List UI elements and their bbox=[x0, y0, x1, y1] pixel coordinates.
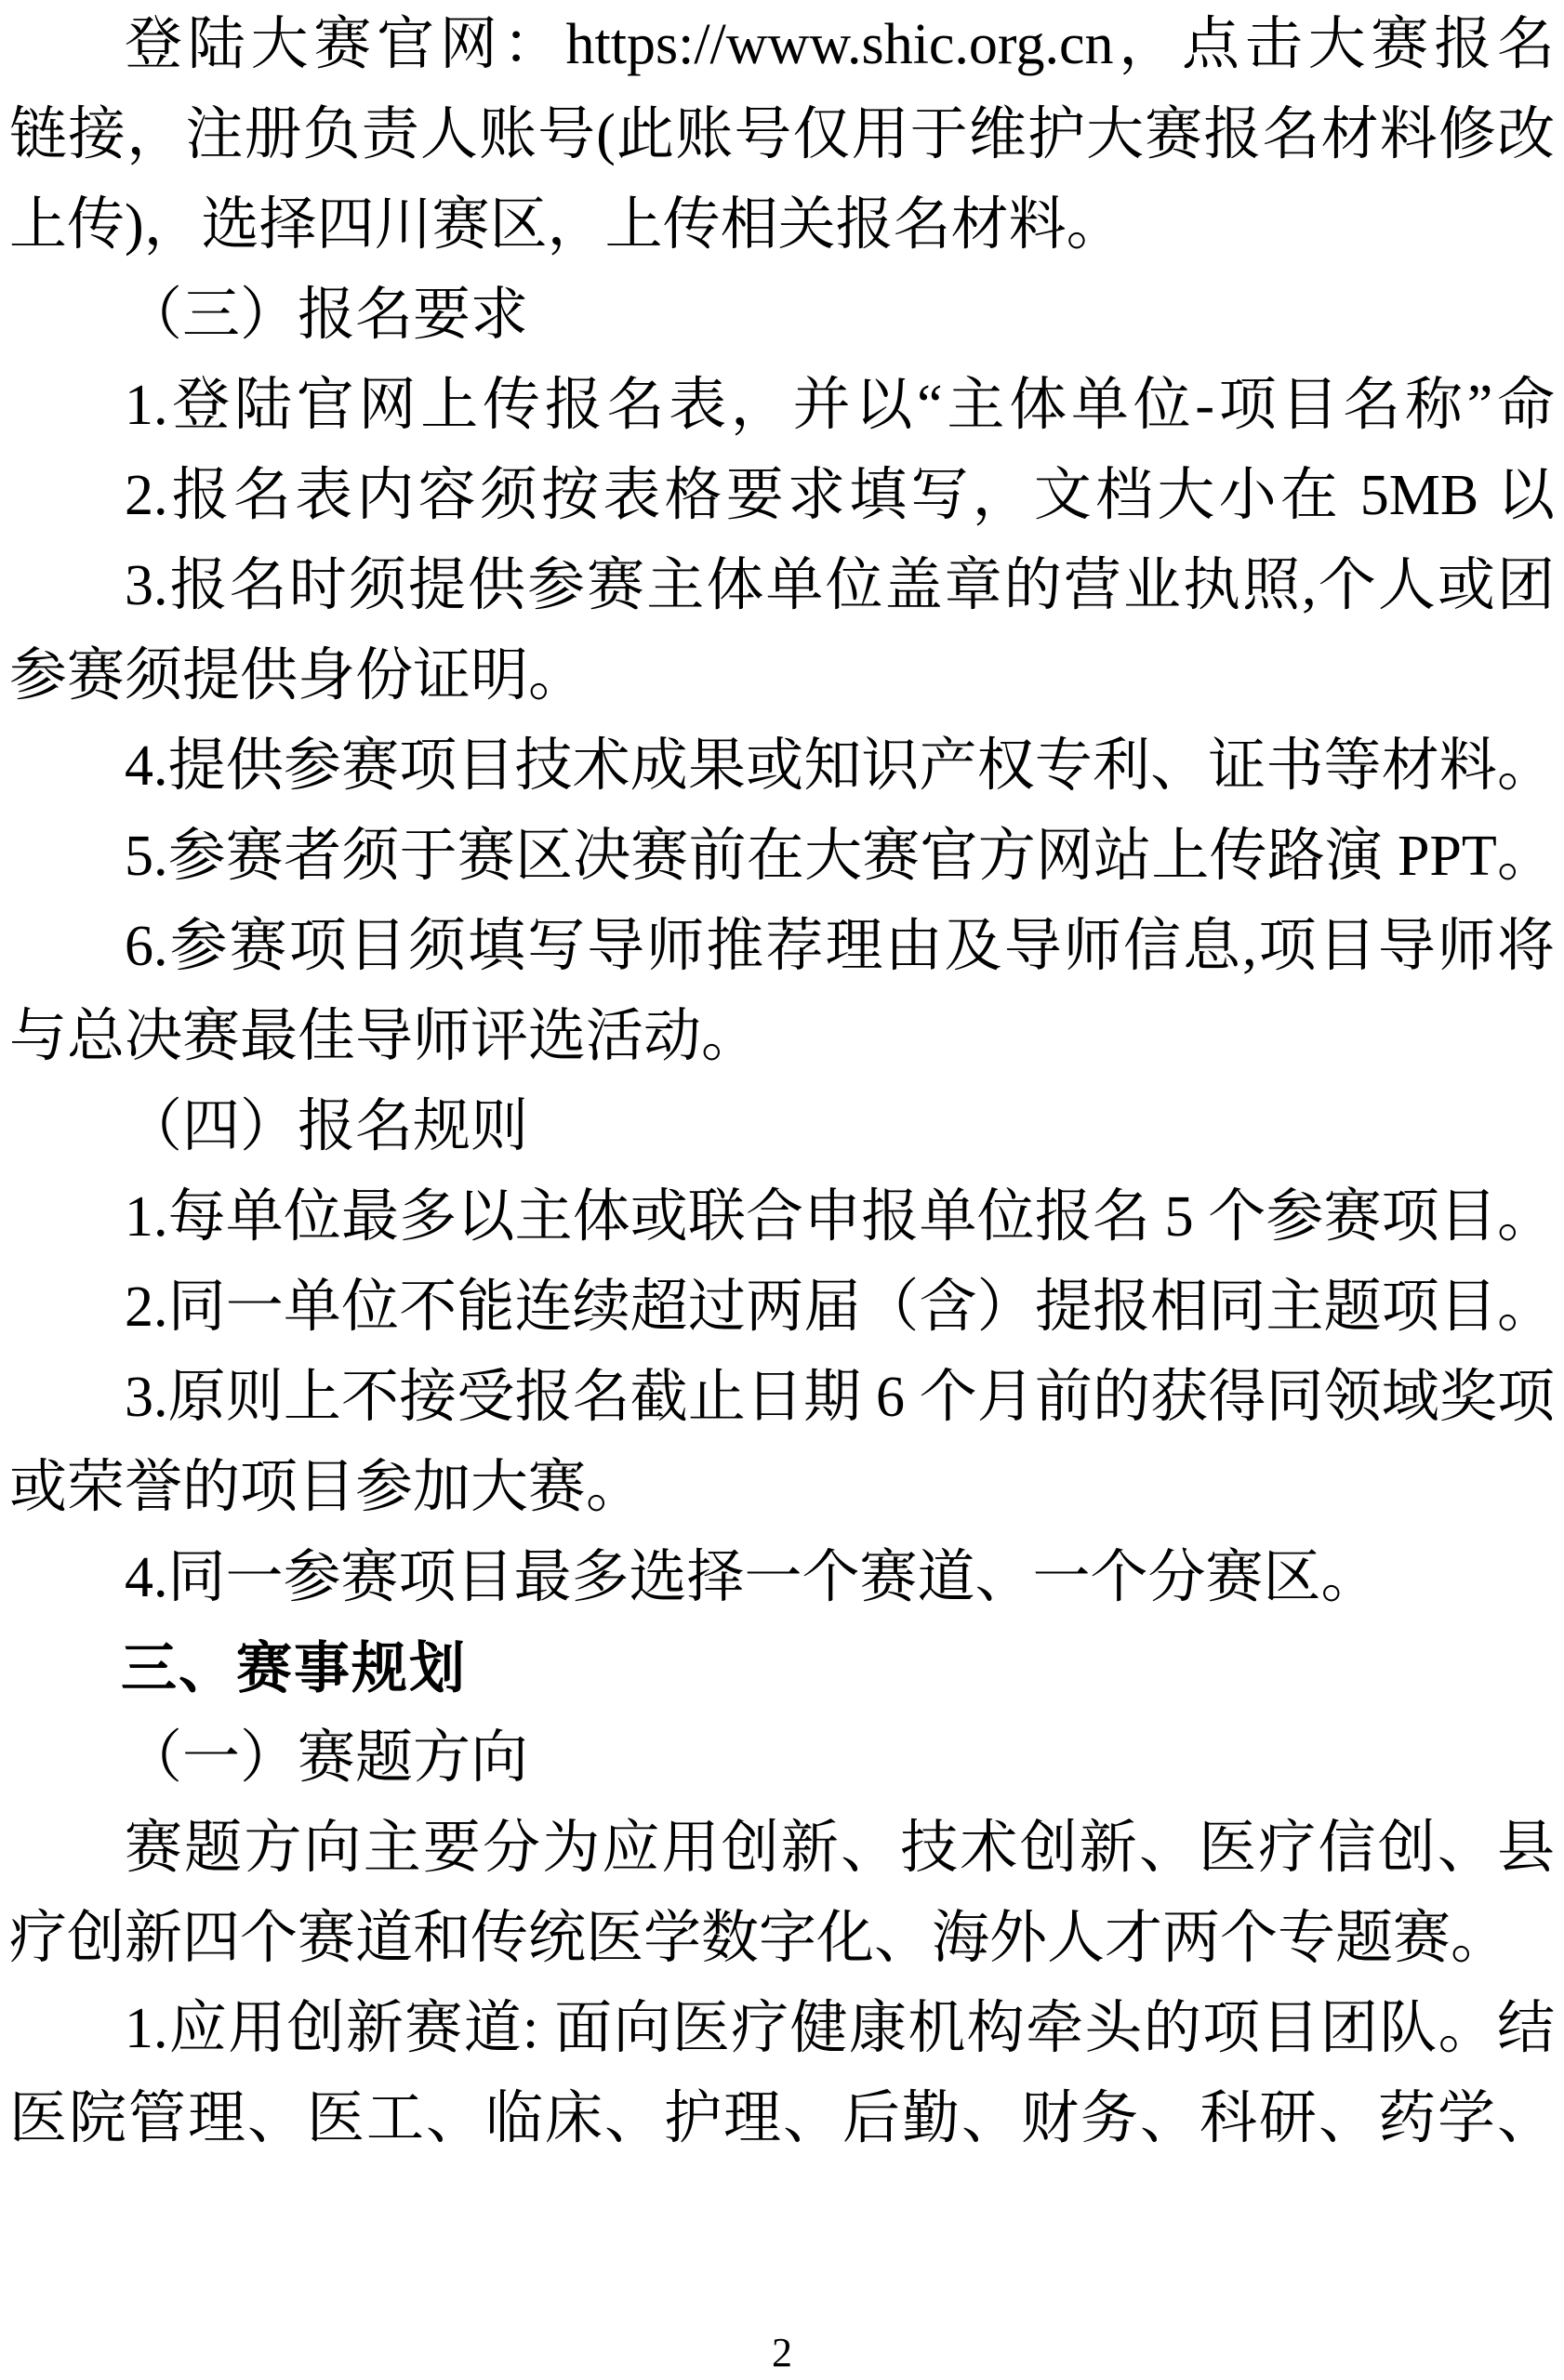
list-item: 6.参赛项目须填写导师推荐理由及导师信息,项目导师将参 bbox=[9, 902, 1555, 992]
list-item: 1.每单位最多以主体或联合申报单位报名 5 个参赛项目。 bbox=[9, 1172, 1555, 1263]
paragraph-line: 上传)，选择四川赛区，上传相关报名材料。 bbox=[9, 180, 1555, 271]
subsection-heading: （四）报名规则 bbox=[9, 1082, 1555, 1172]
list-item: 3.报名时须提供参赛主体单位盖章的营业执照,个人或团队 bbox=[9, 541, 1555, 631]
list-item: 1.应用创新赛道: 面向医疗健康机构牵头的项目团队。结合 bbox=[9, 1984, 1555, 2074]
subsection-heading: （三）报名要求 bbox=[9, 271, 1555, 361]
list-item: 4.同一参赛项目最多选择一个赛道、一个分赛区。 bbox=[9, 1533, 1555, 1623]
document-page: 登陆大赛官网：https://www.shic.org.cn，点击大赛报名 链接… bbox=[0, 0, 1564, 2380]
list-item: 5.参赛者须于赛区决赛前在大赛官方网站上传路演 PPT。 bbox=[9, 812, 1555, 902]
paragraph-line: 赛题方向主要分为应用创新、技术创新、医疗信创、县域医 bbox=[9, 1804, 1555, 1894]
paragraph-line: 疗创新四个赛道和传统医学数字化、海外人才两个专题赛。 bbox=[9, 1894, 1555, 1984]
list-item: 2.报名表内容须按表格要求填写，文档大小在 5MB 以内。 bbox=[9, 451, 1555, 541]
section-heading: 三、赛事规划 bbox=[9, 1623, 1555, 1713]
paragraph-line: 链接，注册负责人账号(此账号仅用于维护大赛报名材料修改与 bbox=[9, 90, 1555, 180]
subsection-heading: （一）赛题方向 bbox=[9, 1713, 1555, 1804]
page-number: 2 bbox=[0, 2330, 1564, 2376]
list-item: 4.提供参赛项目技术成果或知识产权专利、证书等材料。 bbox=[9, 721, 1555, 812]
paragraph-line: 参赛须提供身份证明。 bbox=[9, 631, 1555, 721]
list-item: 1.登陆官网上传报名表，并以“主体单位-项目名称”命名。 bbox=[9, 361, 1555, 451]
paragraph-line: 医院管理、医工、临床、护理、后勤、财务、科研、药学、信息 bbox=[9, 2074, 1555, 2164]
paragraph-line: 或荣誉的项目参加大赛。 bbox=[9, 1443, 1555, 1533]
document-body: 登陆大赛官网：https://www.shic.org.cn，点击大赛报名 链接… bbox=[0, 0, 1564, 2164]
paragraph-line: 登陆大赛官网：https://www.shic.org.cn，点击大赛报名 bbox=[9, 0, 1555, 90]
list-item: 3.原则上不接受报名截止日期 6 个月前的获得同领域奖项 bbox=[9, 1353, 1555, 1443]
paragraph-line: 与总决赛最佳导师评选活动。 bbox=[9, 992, 1555, 1082]
list-item: 2.同一单位不能连续超过两届（含）提报相同主题项目。 bbox=[9, 1263, 1555, 1353]
